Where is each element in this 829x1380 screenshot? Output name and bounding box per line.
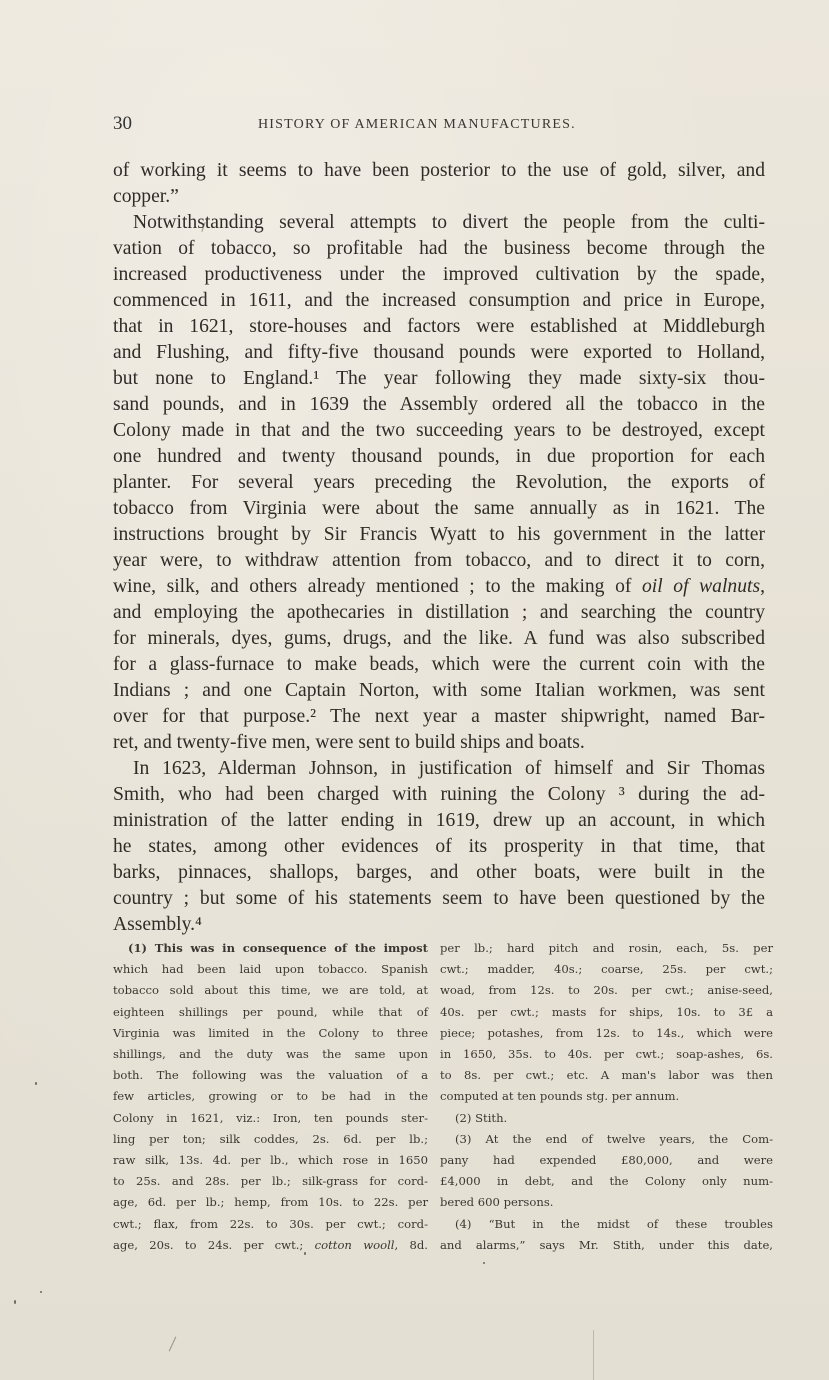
- running-title: HISTORY OF AMERICAN MANUFACTURES.: [258, 117, 576, 133]
- footnote-line: 40s. per cwt.; masts for ships, 10s. to …: [440, 1002, 773, 1023]
- body-line: increased productiveness under the impro…: [113, 262, 765, 288]
- body-line: copper.”: [113, 184, 765, 210]
- footnote-line: (1) This was in consequence of the impos…: [113, 938, 428, 959]
- scan-speck: [14, 1300, 16, 1304]
- footnote-line: (3) At the end of twelve years, the Com-: [440, 1129, 773, 1150]
- body-line: ret, and twenty-five men, were sent to b…: [113, 730, 765, 756]
- footnote-line: and alarms,” says Mr. Stith, under this …: [440, 1235, 773, 1256]
- body-line: sand pounds, and in 1639 the Assembly or…: [113, 392, 765, 418]
- body-line: Indians ; and one Captain Norton, with s…: [113, 678, 765, 704]
- body-line: of working it seems to have been posteri…: [113, 158, 765, 184]
- body-line: but none to England.¹ The year following…: [113, 366, 765, 392]
- scan-speck: [483, 1262, 485, 1264]
- scan-mark: [593, 1330, 594, 1380]
- footnote-line: Colony in 1621, viz.: Iron, ten pounds s…: [113, 1108, 428, 1129]
- body-line: wine, silk, and others already mentioned…: [113, 574, 765, 600]
- body-line: Assembly.⁴: [113, 912, 765, 938]
- footnote-line-text: age, 20s. to 24s. per cwt.;: [113, 1238, 315, 1252]
- body-line: year were, to withdraw attention from to…: [113, 548, 765, 574]
- body-line: for minerals, dyes, gums, drugs, and the…: [113, 626, 765, 652]
- body-line: over for that purpose.² The next year a …: [113, 704, 765, 730]
- footnote-line: piece; potashes, from 12s. to 14s., whic…: [440, 1023, 773, 1044]
- body-line: barks, pinnaces, shallops, barges, and o…: [113, 860, 765, 886]
- footnote-line: shillings, and the duty was the same upo…: [113, 1044, 428, 1065]
- body-line: vation of tobacco, so profitable had the…: [113, 236, 765, 262]
- body-line: one hundred and twenty thousand pounds, …: [113, 444, 765, 470]
- footnote-line: eighteen shillings per pound, while that…: [113, 1002, 428, 1023]
- body-line: and Flushing, and fifty-five thousand po…: [113, 340, 765, 366]
- body-line: ministration of the latter ending in 161…: [113, 808, 765, 834]
- body-line: for a glass-furnace to make beads, which…: [113, 652, 765, 678]
- body-line-italic: oil of walnuts: [642, 576, 760, 597]
- footnote-line: per lb.; hard pitch and rosin, each, 5s.…: [440, 938, 773, 959]
- body-line: In 1623, Alderman Johnson, in justificat…: [113, 756, 765, 782]
- scan-speck: [304, 1252, 306, 1255]
- footnote-line: bered 600 persons.: [440, 1192, 773, 1213]
- footnote-line-text: , 8d.: [395, 1238, 428, 1252]
- footnote-line: Virginia was limited in the Colony to th…: [113, 1023, 428, 1044]
- footnote-line: cwt.; flax, from 22s. to 30s. per cwt.; …: [113, 1214, 428, 1235]
- footnote-line: age, 20s. to 24s. per cwt.; cotton wooll…: [113, 1235, 428, 1256]
- footnote-line: £4,000 in debt, and the Colony only num-: [440, 1171, 773, 1192]
- footnote-line: (4) “But in the midst of these troubles: [440, 1214, 773, 1235]
- footnote-line: age, 6d. per lb.; hemp, from 10s. to 22s…: [113, 1192, 428, 1213]
- footnote-line: both. The following was the valuation of…: [113, 1065, 428, 1086]
- body-line: that in 1621, store-houses and factors w…: [113, 314, 765, 340]
- footnote-line: to 25s. and 28s. per lb.; silk-grass for…: [113, 1171, 428, 1192]
- book-page: 30 HISTORY OF AMERICAN MANUFACTURES. of …: [0, 0, 829, 1380]
- body-line: Smith, who had been charged with ruining…: [113, 782, 765, 808]
- footnote-line: (2) Stith.: [440, 1108, 773, 1129]
- body-line: he states, among other evidences of its …: [113, 834, 765, 860]
- scan-mark: [169, 1337, 177, 1352]
- footnote-line: raw silk, 13s. 4d. per lb., which rose i…: [113, 1150, 428, 1171]
- scan-speck: [40, 1291, 42, 1293]
- page-number: 30: [113, 113, 132, 135]
- body-line: planter. For several years preceding the…: [113, 470, 765, 496]
- footnote-line: cwt.; madder, 40s.; coarse, 25s. per cwt…: [440, 959, 773, 980]
- footnote-line: ling per ton; silk coddes, 2s. 6d. per l…: [113, 1129, 428, 1150]
- footnote-line-italic: cotton wooll: [315, 1238, 395, 1252]
- scan-speck: [35, 1082, 37, 1085]
- footnote-line: tobacco sold about this time, we are tol…: [113, 980, 428, 1001]
- body-line: tobacco from Virginia were about the sam…: [113, 496, 765, 522]
- footnote-line: which had been laid upon tobacco. Spanis…: [113, 959, 428, 980]
- footnote-line: pany had expended £80,000, and were: [440, 1150, 773, 1171]
- footnotes-left-column: (1) This was in consequence of the impos…: [113, 938, 428, 1256]
- footnotes-right-column: per lb.; hard pitch and rosin, each, 5s.…: [440, 938, 773, 1256]
- body-line-text: ,: [760, 576, 765, 597]
- body-text: of working it seems to have been posteri…: [113, 158, 765, 938]
- footnote-line: few articles, growing or to be had in th…: [113, 1086, 428, 1107]
- body-line: Notwithstanding several attempts to dive…: [113, 210, 765, 236]
- body-line-text: wine, silk, and others already mentioned…: [113, 576, 642, 597]
- footnote-line: to 8s. per cwt.; etc. A man's labor was …: [440, 1065, 773, 1086]
- footnote-line: computed at ten pounds stg. per annum.: [440, 1086, 773, 1107]
- running-head: 30 HISTORY OF AMERICAN MANUFACTURES.: [113, 113, 773, 137]
- body-line: country ; but some of his statements see…: [113, 886, 765, 912]
- footnote-line: woad, from 12s. to 20s. per cwt.; anise-…: [440, 980, 773, 1001]
- body-line: and employing the apothecaries in distil…: [113, 600, 765, 626]
- body-line: commenced in 1611, and the increased con…: [113, 288, 765, 314]
- body-line: instructions brought by Sir Francis Wyat…: [113, 522, 765, 548]
- footnote-line: in 1650, 35s. to 40s. per cwt.; soap-ash…: [440, 1044, 773, 1065]
- body-line: Colony made in that and the two succeedi…: [113, 418, 765, 444]
